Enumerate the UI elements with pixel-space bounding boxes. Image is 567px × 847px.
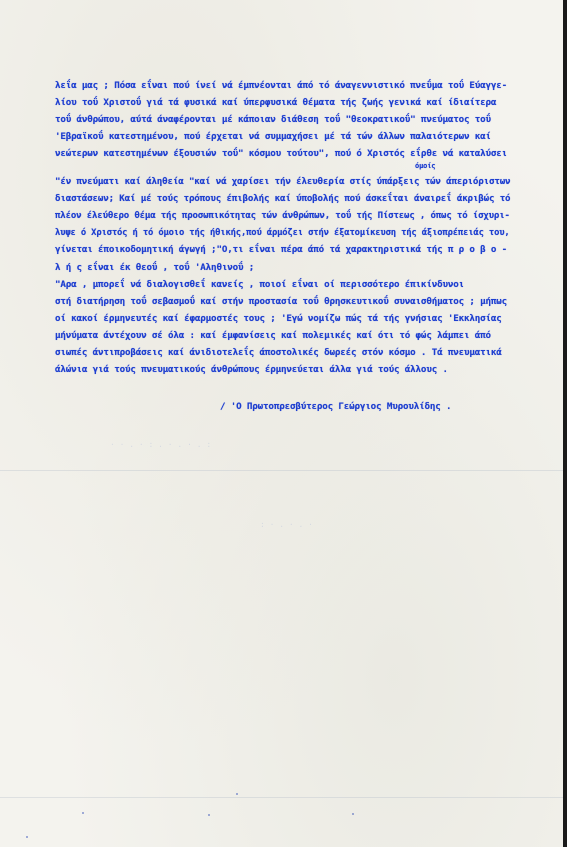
text-line: λυψε ό Χριστός ή τό όμοιο τής ήθικής,πού… [55,227,510,239]
ink-speck [236,793,238,795]
text-line: άλώνια γιά τούς πνευματικούς άνθρώπους έ… [55,364,448,376]
bleed-through: · · . · : . · . · . : [110,440,211,449]
interlinear-correction: όμοίς [415,160,435,172]
ink-speck [82,812,84,814]
text-line: σιωπές άντιπροβάσεις καί άνιδιοτελεΐς άπ… [55,347,502,359]
ink-speck [208,814,210,816]
text-line: 'Εβραϊκοΰ κατεστημένου, πού έρχεται νά σ… [55,131,491,143]
text-line: στή διατήρηση τοΰ σεβασμοΰ καί στήν προσ… [55,296,507,308]
text-line: λ ή ς εΐναι έκ θεοΰ , τοΰ 'Αληθινοΰ ; [55,262,254,274]
bleed-through: : · . · . · [260,520,313,529]
text-line: λεΐα μας ; Πόσα εΐναι πού ίνεί νά έμπνέο… [55,80,507,92]
text-line: οί κακοί έρμηνευτές καί έφαρμοστές τους … [55,313,502,325]
paper-fold [0,797,563,798]
ink-speck [26,836,28,838]
text-line: νεώτερων κατεστημένων έξουσιών τοΰ" κόσμ… [55,148,507,160]
text-line: γίνεται έποικοδομητική άγωγή ;"Ο,τι εΐνα… [55,244,507,256]
text-line: διαστάσεων; Καί μέ τούς τρόπους έπιβολής… [55,193,510,205]
text-line: πλέον έλεύθερο θέμα τής προσωπικότητας τ… [55,210,510,222]
scan-edge [563,0,567,847]
scanned-page: λεΐα μας ; Πόσα εΐναι πού ίνεί νά έμπνέο… [0,0,563,847]
text-line: μήνύματα άντέχουν σέ όλα : καί έμφανίσει… [55,330,491,342]
text-line: "Αρα , μπορεΐ νά διαλογισθεΐ κανείς , πο… [55,279,464,291]
text-line: λίου τοΰ Χριστοΰ γιά τά φυσικά καί ύπερφ… [55,97,496,109]
ink-speck [352,813,354,815]
paper-fold [0,470,563,471]
signature-line: / 'Ο Πρωτοπρεσβύτερος Γεώργιος Μυρουλίδη… [220,401,451,413]
text-line: "έν πνεύματι καί άληθεία "καί νά χαρίσει… [55,176,510,188]
text-line: τοΰ άνθρώπου, αύτά άναφέρονται μέ κάποια… [55,114,491,126]
